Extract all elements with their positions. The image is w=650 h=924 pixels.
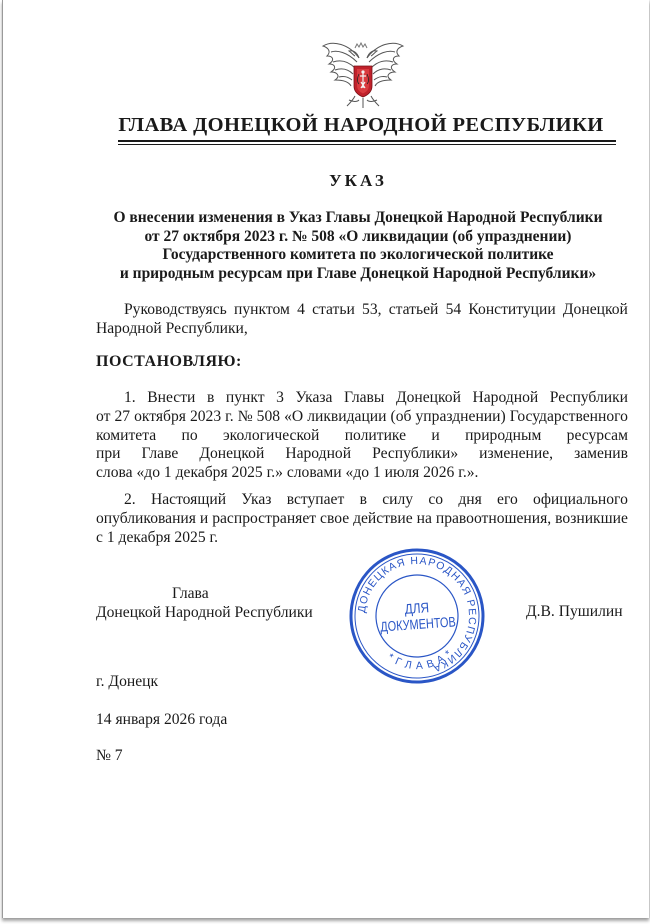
subject-line: и природным ресурсам при Главе Донецкой …: [93, 265, 623, 284]
document-type-heading: УКАЗ: [93, 171, 623, 191]
signatory-position-line: Глава: [96, 584, 336, 603]
document-subject: О внесении изменения в Указ Главы Донецк…: [93, 209, 623, 283]
item-line: приГлавеДонецкойНароднойРеспублики»измен…: [96, 445, 628, 464]
header-double-rule: [118, 140, 616, 146]
decree-item-2: 2.НастоящийУказвступаетвсилусодняегоофиц…: [96, 491, 628, 547]
document-page: ГЛАВА ДОНЕЦКОЙ НАРОДНОЙ РЕСПУБЛИКИ УКАЗ …: [2, 0, 649, 918]
preamble-line: Народной Республики,: [96, 320, 628, 339]
subject-line: Государственного комитета по экологическ…: [93, 246, 623, 265]
stamp-center-text: ДЛЯ ДОКУМЕНТОВ: [341, 541, 492, 691]
stamp-center-line: ДЛЯ: [404, 599, 430, 617]
preamble-paragraph: Руководствуясьпунктом4статьи53,статьей54…: [96, 301, 628, 339]
item-line: 2.НастоящийУказвступаетвсилусодняегоофиц…: [96, 491, 628, 510]
signatory-position-line: Донецкой Народной Республики: [96, 603, 336, 622]
preamble-line: Руководствуясьпунктом4статьи53,статьей54…: [124, 301, 628, 320]
item-line: от27октября2023г.№508«Оликвидации(обупра…: [96, 408, 628, 427]
item-line: 1.Внестивпункт3УказаГлавыДонецкойНародно…: [96, 389, 628, 408]
document-number: № 7: [96, 747, 123, 765]
item-line: комитетапоэкологическойполитикеиприродны…: [96, 427, 628, 446]
signatory-position: Глава Донецкой Народной Республики: [96, 584, 336, 622]
signatory-name: Д.В. Пушилин: [526, 603, 623, 621]
subject-line: от 27 октября 2023 г. № 508 «О ликвидаци…: [93, 228, 623, 247]
decree-resolution-word: ПОСТАНОВЛЯЮ:: [96, 353, 242, 371]
place-of-signing: г. Донецк: [96, 673, 158, 691]
subject-line: О внесении изменения в Указ Главы Донецк…: [93, 209, 623, 228]
item-line: опубликованияираспространяетсвоедействие…: [96, 510, 628, 529]
item-line: с 1 декабря 2025 г.: [96, 529, 628, 548]
dpr-coat-of-arms-icon: [319, 36, 407, 112]
issuing-authority-title: ГЛАВА ДОНЕЦКОЙ НАРОДНОЙ РЕСПУБЛИКИ: [103, 114, 619, 137]
stamp-center-line: ДОКУМЕНТОВ: [379, 613, 455, 634]
item-line: слова «до 1 декабря 2025 г.» словами «до…: [96, 464, 628, 483]
document-date: 14 января 2026 года: [96, 711, 227, 729]
official-stamp: ДОНЕЦКАЯ НАРОДНАЯ РЕСПУБЛИКА * Г Л А В А…: [346, 546, 488, 686]
decree-item-1: 1.Внестивпункт3УказаГлавыДонецкойНародно…: [96, 389, 628, 483]
